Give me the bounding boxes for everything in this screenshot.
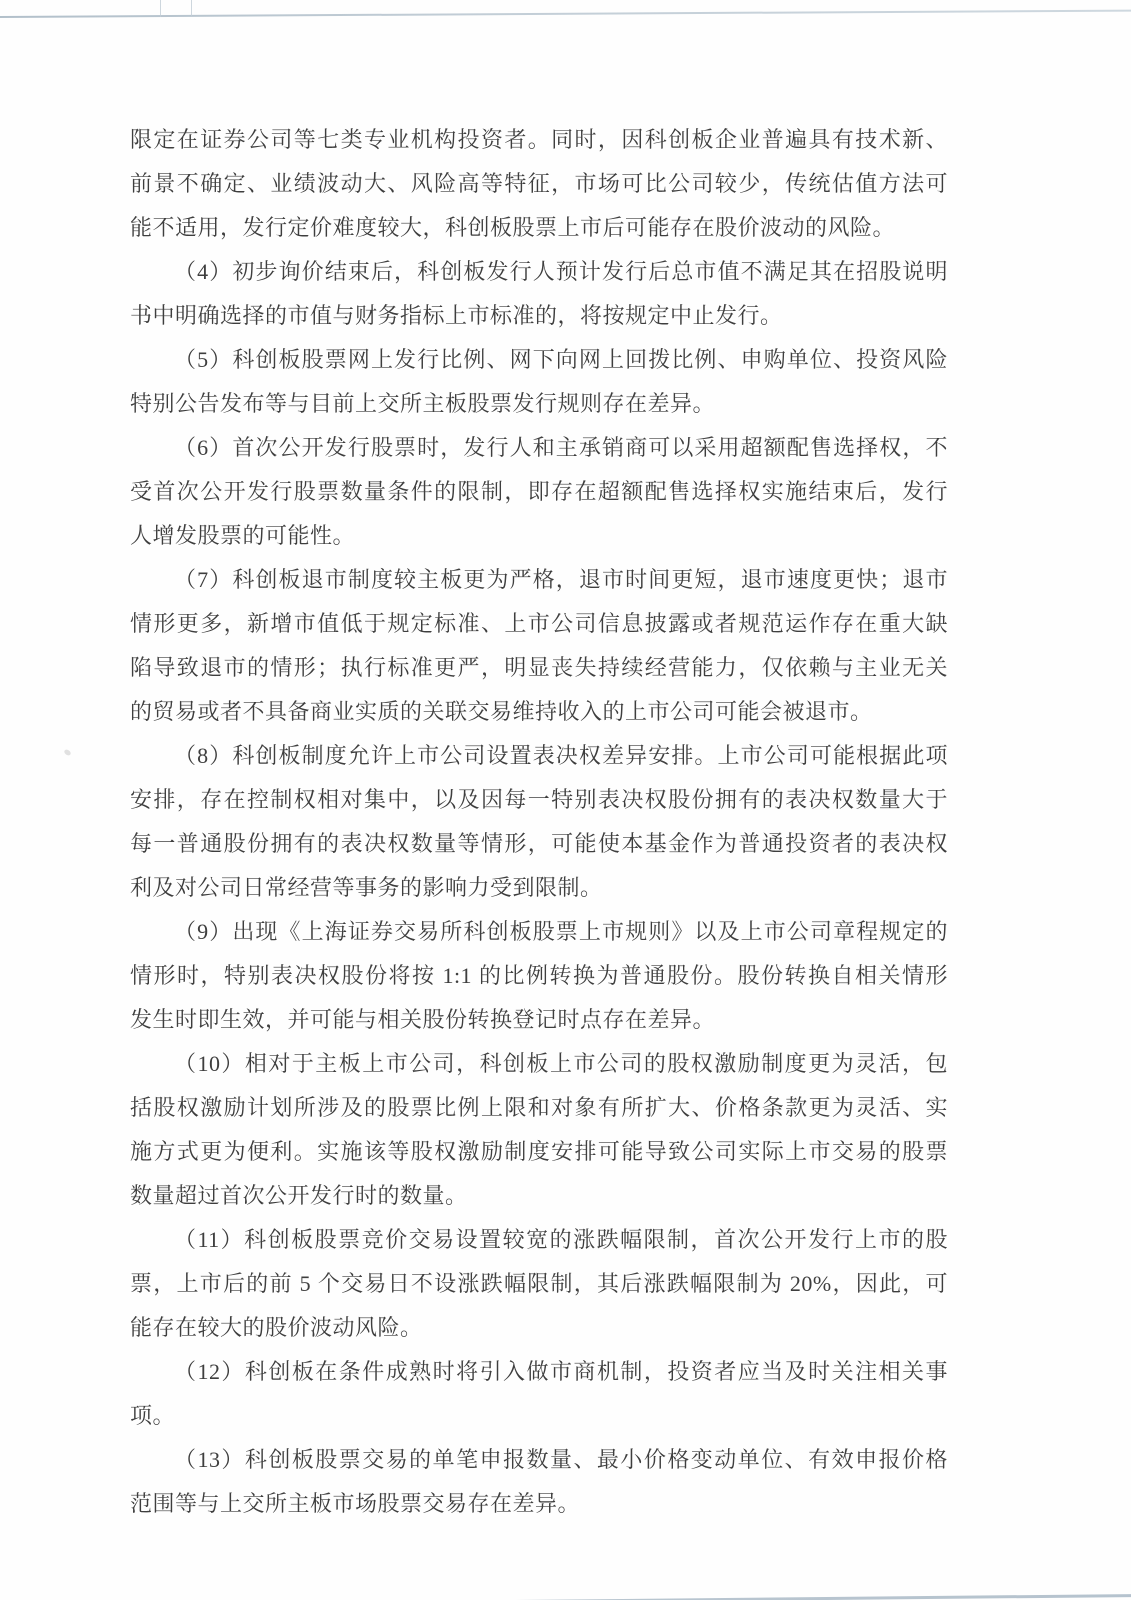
paragraph-8-line-4: 数量超过首次公开发行时的数量。 <box>130 1174 948 1218</box>
scanned-page: 限定在证券公司等七类专业机构投资者。同时，因科创板企业普遍具有技术新、前景不确定… <box>0 0 1131 1600</box>
paragraph-3-line-1: （5）科创板股票网上发行比例、网下向网上回拨比例、申购单位、投资风险 <box>130 338 948 382</box>
document-body: 限定在证券公司等七类专业机构投资者。同时，因科创板企业普遍具有技术新、前景不确定… <box>130 118 948 1526</box>
paragraph-11-line-2: 范围等与上交所主板市场股票交易存在差异。 <box>130 1482 948 1526</box>
paragraph-6-line-3: 每一普通股份拥有的表决权数量等情形，可能使本基金作为普通投资者的表决权 <box>130 822 948 866</box>
paragraph-5-line-2: 情形更多，新增市值低于规定标准、上市公司信息披露或者规范运作存在重大缺 <box>130 602 948 646</box>
paragraph-6-line-1: （8）科创板制度允许上市公司设置表决权差异安排。上市公司可能根据此项 <box>130 734 948 778</box>
paragraph-5-line-1: （7）科创板退市制度较主板更为严格，退市时间更短，退市速度更快；退市 <box>130 558 948 602</box>
paragraph-2-line-2: 书中明确选择的市值与财务指标上市标准的，将按规定中止发行。 <box>130 294 948 338</box>
paragraph-6-line-4: 利及对公司日常经营等事务的影响力受到限制。 <box>130 866 948 910</box>
paragraph-5-line-4: 的贸易或者不具备商业实质的关联交易维持收入的上市公司可能会被退市。 <box>130 690 948 734</box>
paragraph-7-line-3: 发生时即生效，并可能与相关股份转换登记时点存在差异。 <box>130 998 948 1042</box>
paragraph-5-line-3: 陷导致退市的情形；执行标准更严，明显丧失持续经营能力，仅依赖与主业无关 <box>130 646 948 690</box>
paragraph-9-line-3: 能存在较大的股价波动风险。 <box>130 1306 948 1350</box>
scan-speck <box>63 748 72 756</box>
paragraph-8-line-3: 施方式更为便利。实施该等股权激励制度安排可能导致公司实际上市交易的股票 <box>130 1130 948 1174</box>
paragraph-4-line-3: 人增发股票的可能性。 <box>130 514 948 558</box>
scan-artifact-tick-2 <box>191 0 192 17</box>
paragraph-1-line-3: 能不适用，发行定价难度较大，科创板股票上市后可能存在股价波动的风险。 <box>130 206 948 250</box>
paragraph-3-line-2: 特别公告发布等与目前上交所主板股票发行规则存在差异。 <box>130 382 948 426</box>
paragraph-11-line-1: （13）科创板股票交易的单笔申报数量、最小价格变动单位、有效申报价格 <box>130 1438 948 1482</box>
paragraph-10-line-1: （12）科创板在条件成熟时将引入做市商机制，投资者应当及时关注相关事 <box>130 1350 948 1394</box>
paragraph-7-line-1: （9）出现《上海证券交易所科创板股票上市规则》以及上市公司章程规定的 <box>130 910 948 954</box>
paragraph-8-line-1: （10）相对于主板上市公司，科创板上市公司的股权激励制度更为灵活，包 <box>130 1042 948 1086</box>
scan-artifact-bottom-line <box>300 1594 1131 1600</box>
paragraph-2-line-1: （4）初步询价结束后，科创板发行人预计发行后总市值不满足其在招股说明 <box>130 250 948 294</box>
scan-artifact-top-line <box>0 10 1131 18</box>
scan-artifact-tick-1 <box>160 0 161 17</box>
paragraph-7-line-2: 情形时，特别表决权股份将按 1:1 的比例转换为普通股份。股份转换自相关情形 <box>130 954 948 998</box>
paragraph-9-line-1: （11）科创板股票竞价交易设置较宽的涨跌幅限制，首次公开发行上市的股 <box>130 1218 948 1262</box>
paragraph-10-line-2: 项。 <box>130 1394 948 1438</box>
paragraph-1-line-2: 前景不确定、业绩波动大、风险高等特征，市场可比公司较少，传统估值方法可 <box>130 162 948 206</box>
paragraph-1-line-1: 限定在证券公司等七类专业机构投资者。同时，因科创板企业普遍具有技术新、 <box>130 118 948 162</box>
paragraph-4-line-2: 受首次公开发行股票数量条件的限制，即存在超额配售选择权实施结束后，发行 <box>130 470 948 514</box>
paragraph-8-line-2: 括股权激励计划所涉及的股票比例上限和对象有所扩大、价格条款更为灵活、实 <box>130 1086 948 1130</box>
paragraph-6-line-2: 安排，存在控制权相对集中，以及因每一特别表决权股份拥有的表决权数量大于 <box>130 778 948 822</box>
paragraph-9-line-2: 票，上市后的前 5 个交易日不设涨跌幅限制，其后涨跌幅限制为 20%，因此，可 <box>130 1262 948 1306</box>
paragraph-4-line-1: （6）首次公开发行股票时，发行人和主承销商可以采用超额配售选择权，不 <box>130 426 948 470</box>
